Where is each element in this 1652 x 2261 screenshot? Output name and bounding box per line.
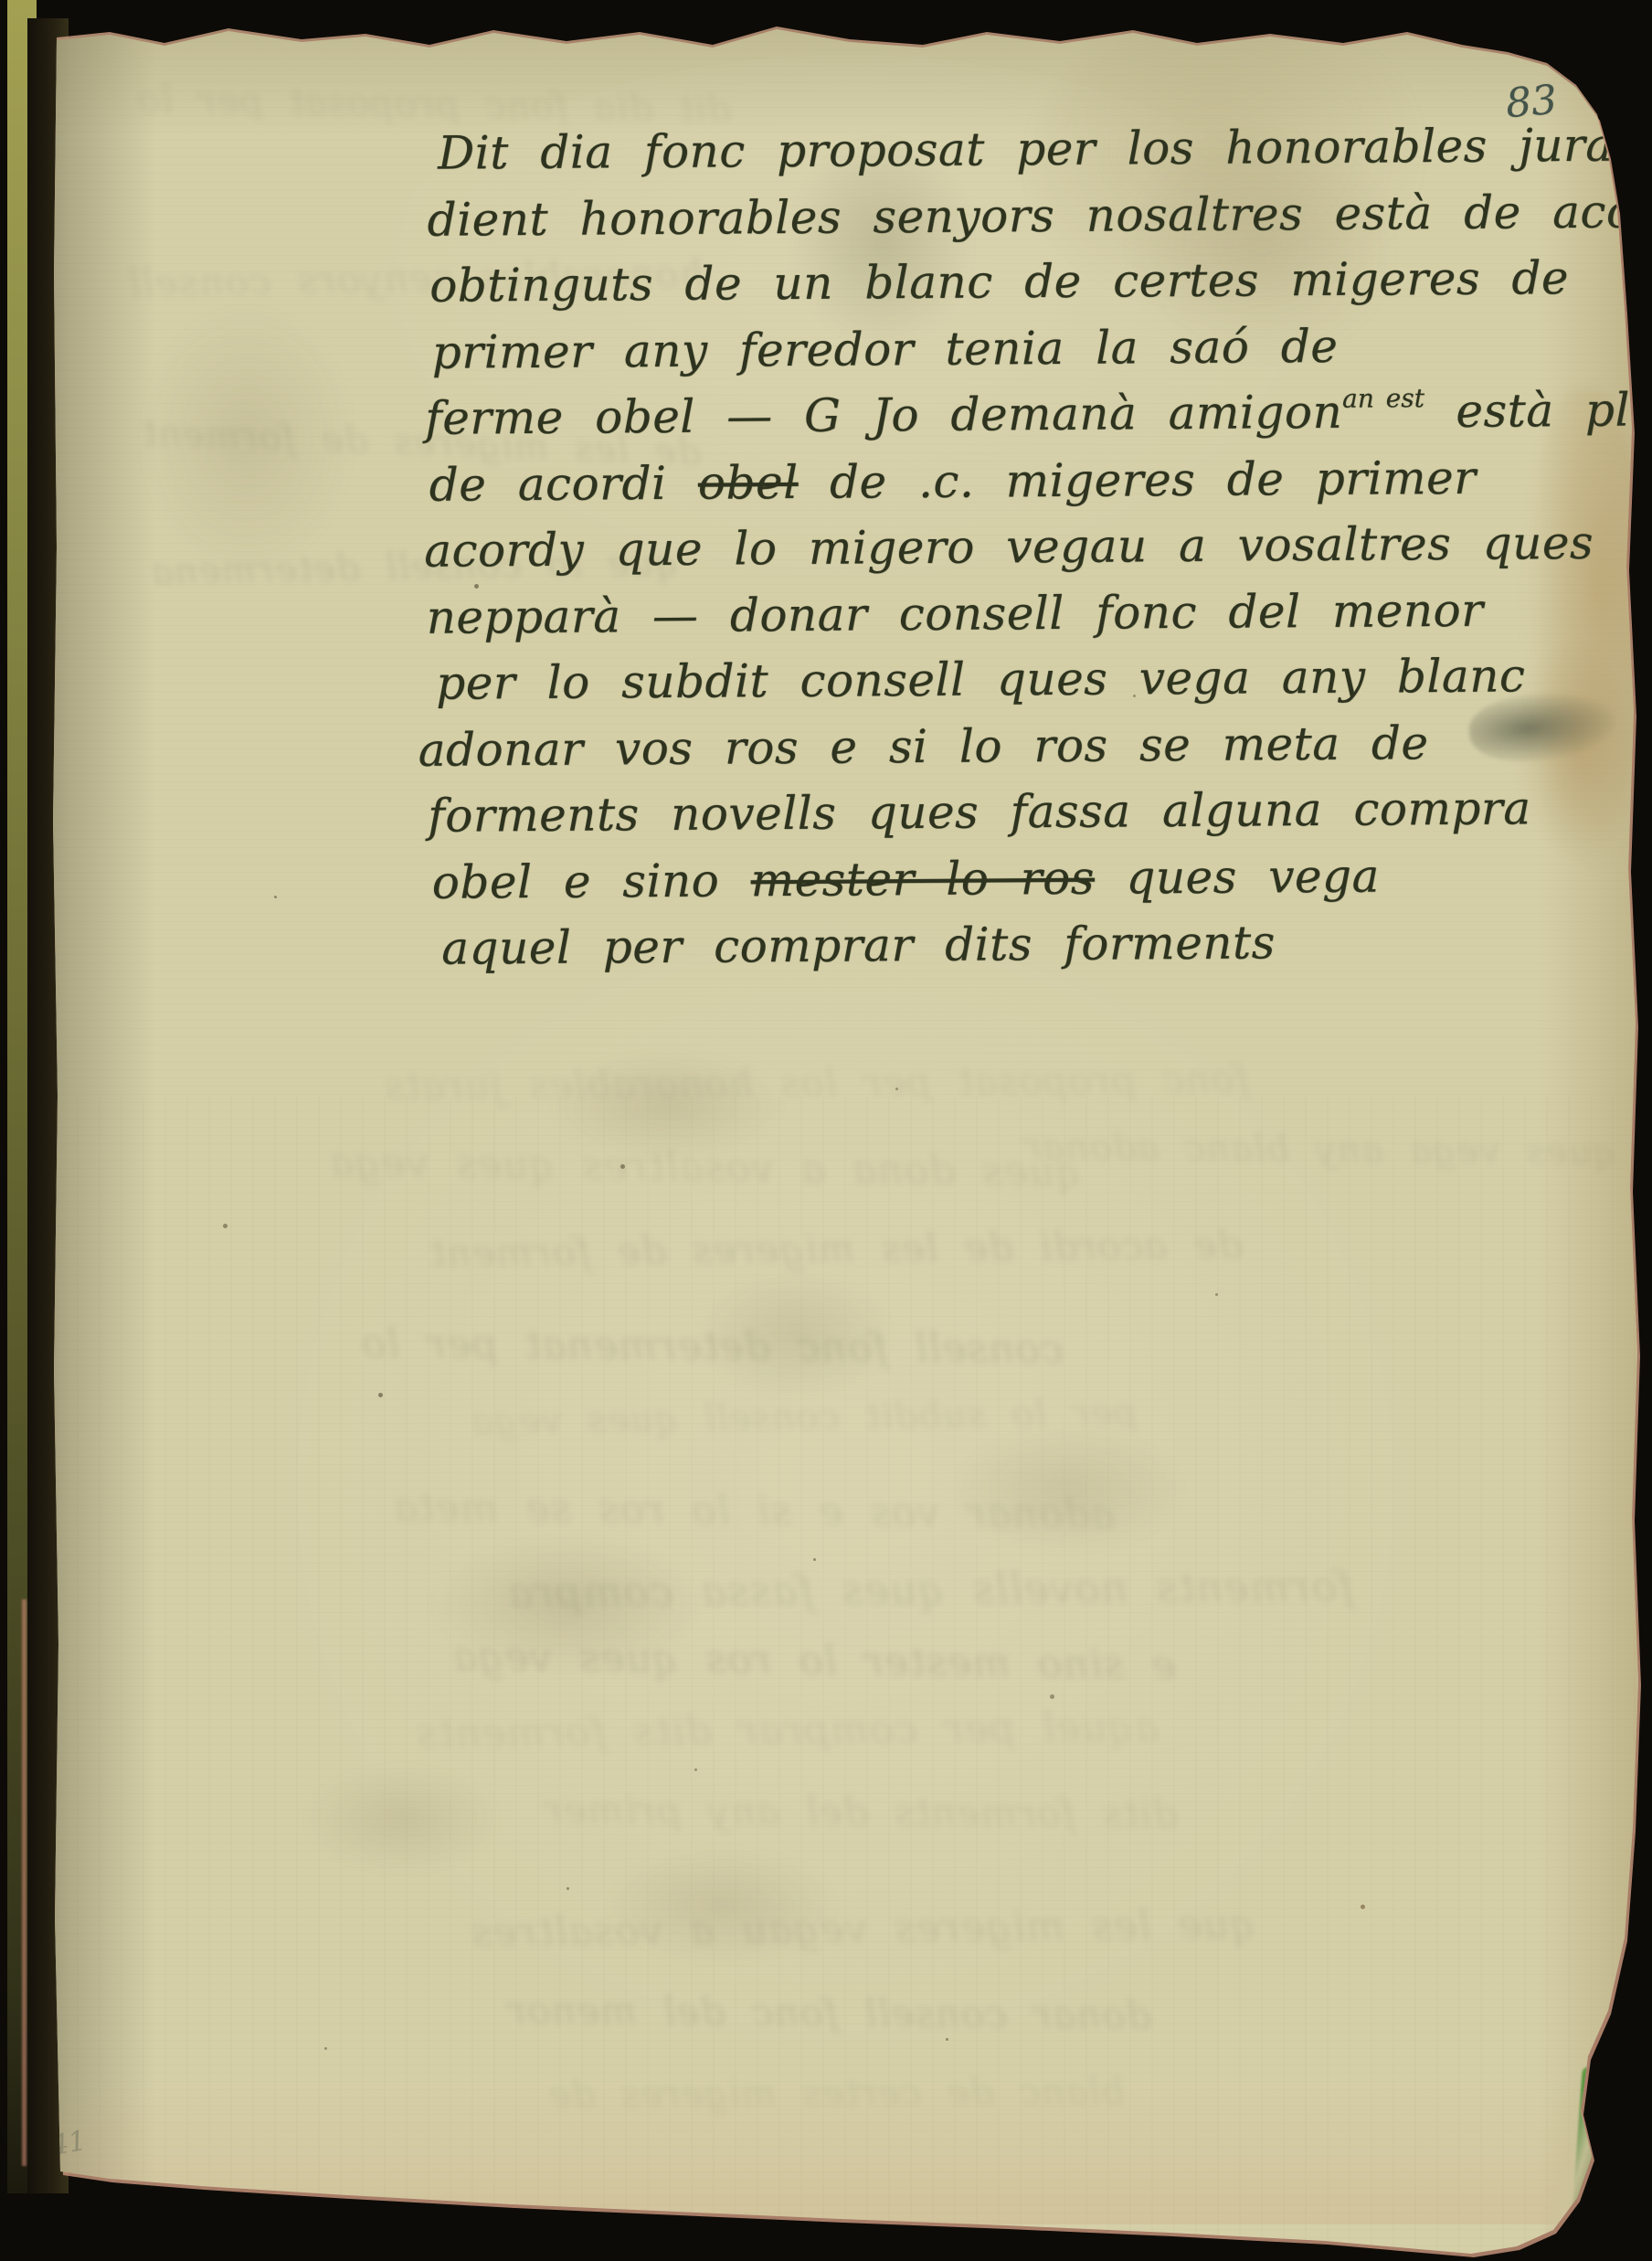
paper-specks bbox=[0, 0, 3, 3]
ghost-line: dits forments del any primer bbox=[544, 1788, 1178, 1837]
ghost-line: per lo subdit consell ques vega bbox=[471, 1392, 1138, 1443]
gutter-pink-sliver bbox=[22, 1599, 26, 2166]
ghost-line: ques dona a vosaltres ques vega bbox=[329, 1139, 1082, 1195]
manuscript-line: aquel per comprar dits forments bbox=[441, 919, 1276, 971]
manuscript-line: de acordi obel de .c. migeres de primer bbox=[429, 454, 1477, 507]
ghost-line: consell fonc determenat per lo bbox=[361, 1321, 1064, 1374]
manuscript-line: forments novells ques fassa alguna compr… bbox=[428, 785, 1531, 838]
ghost-line: blanc de certes migeres de bbox=[548, 2071, 1125, 2117]
ghost-line: de acordi de les migeres de forment bbox=[429, 1222, 1243, 1275]
ghost-line: forments novells ques fassa compra bbox=[507, 1562, 1354, 1617]
torn-edge-crumple bbox=[1545, 2089, 1626, 2242]
ghost-line: donar consell fonc del menor bbox=[507, 1988, 1151, 2038]
manuscript-line: adonar vos ros e si lo ros se meta de bbox=[418, 720, 1429, 773]
manuscript-line: dient honorables senyors nosaltres està … bbox=[428, 188, 1652, 243]
ghost-line: aquel per comprar dits forments bbox=[416, 1704, 1159, 1757]
ghost-line: fonc proposat per los honorables jurats bbox=[384, 1056, 1250, 1109]
ghost-line: que les migeres vegau a vosaltres bbox=[471, 1902, 1256, 1957]
manuscript-scan: dit dia fonc proposat per lohonorables s… bbox=[0, 0, 1652, 2261]
manuscript-line: acordy que lo migero vegau a vosaltres q… bbox=[424, 520, 1594, 574]
manuscript-line: nepparà — donar consell fonc del menor bbox=[427, 587, 1484, 640]
manuscript-line: obtinguts de un blanc de certes migeres … bbox=[429, 255, 1569, 309]
folio-number: 83 bbox=[1504, 77, 1559, 128]
manuscript-page: dit dia fonc proposat per lohonorables s… bbox=[0, 0, 1652, 2261]
ghost-line: dit dia fonc proposat per lo bbox=[137, 79, 731, 131]
ghost-line: adonar vos e si lo ros se meta bbox=[393, 1484, 1115, 1538]
stain-right-edge-tan bbox=[1524, 388, 1647, 873]
manuscript-line: primer any feredor tenia la saó de bbox=[432, 323, 1339, 375]
manuscript-line: Dit dia fonc proposat per los honorables… bbox=[438, 122, 1652, 175]
manuscript-line: per lo subdit consell ques vega any blan… bbox=[436, 653, 1526, 706]
manuscript-line: obel e sino mester lo ros ques vega bbox=[432, 853, 1380, 905]
blotch bbox=[302, 1764, 503, 1874]
manuscript-line: ferme obel — G Jo demanà amigonan est es… bbox=[425, 386, 1652, 441]
torn-edge-green-top-right bbox=[1582, 21, 1629, 73]
ghost-line: e sino mester lo ros ques vega bbox=[452, 1633, 1176, 1689]
ghost-line: ques vega any blanc adonar bbox=[1023, 1126, 1616, 1174]
